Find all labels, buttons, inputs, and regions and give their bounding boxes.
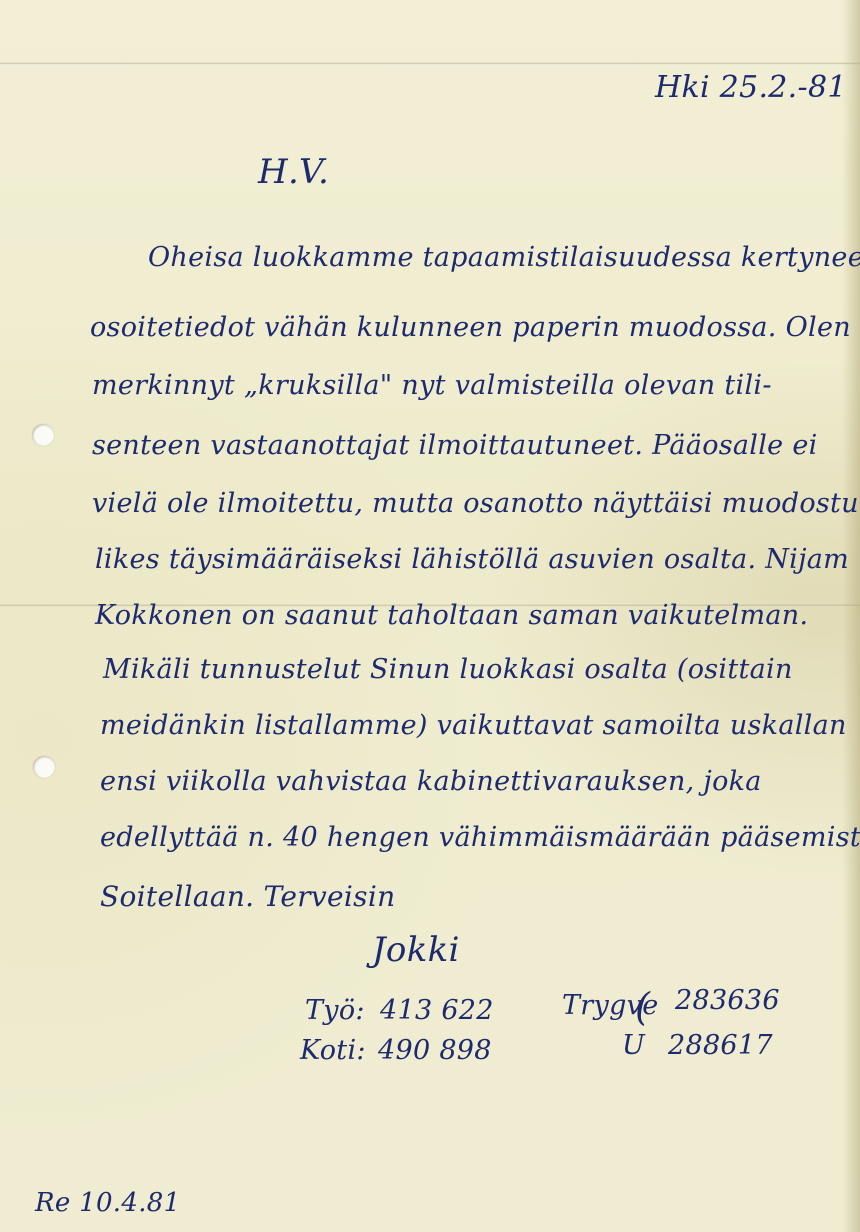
- punch-hole-upper: [32, 424, 54, 446]
- closing: Soitellaan. Terveisin: [100, 880, 395, 913]
- place-date: Hki 25.2.-81: [655, 70, 847, 105]
- body-line: likes täysimääräiseksi lähistöllä asuvie…: [95, 544, 849, 575]
- other-phone-number-1: 283636: [675, 985, 780, 1016]
- body-line: vielä ole ilmoitettu, mutta osanotto näy…: [92, 488, 860, 519]
- body-line: ensi viikolla vahvistaa kabinettivarauks…: [100, 766, 762, 797]
- home-phone-label: Koti:: [300, 1035, 366, 1066]
- other-phone-prefix-2: U: [622, 1030, 645, 1061]
- body-line: edellyttää n. 40 hengen vähimmäismäärään…: [100, 822, 860, 853]
- body-line: Oheisa luokkamme tapaamistilaisuudessa k…: [148, 242, 860, 273]
- body-line: osoitetiedot vähän kulunneen paperin muo…: [90, 312, 851, 343]
- paper-edge-shadow: [842, 0, 860, 1232]
- other-phone-number-2: 288617: [668, 1030, 773, 1061]
- footer-note: Re 10.4.81: [35, 1188, 180, 1218]
- salutation: H.V.: [258, 152, 329, 192]
- work-phone-number: 413 622: [380, 995, 494, 1026]
- body-line: meidänkin listallamme) vaikuttavat samoi…: [100, 710, 847, 741]
- punch-hole-lower: [33, 756, 55, 778]
- bracket: (: [635, 985, 650, 1029]
- letter-page: Hki 25.2.-81 H.V. Oheisa luokkamme tapaa…: [0, 0, 860, 1232]
- body-line: merkinnyt „kruksilla" nyt valmisteilla o…: [92, 370, 772, 401]
- home-phone-number: 490 898: [378, 1035, 492, 1066]
- signature: Jokki: [372, 930, 460, 970]
- body-line: senteen vastaanottajat ilmoittautuneet. …: [92, 430, 818, 461]
- body-line: Kokkonen on saanut taholtaan saman vaiku…: [95, 600, 808, 631]
- paper-fold-top: [0, 62, 860, 65]
- body-line: Mikäli tunnustelut Sinun luokkasi osalta…: [103, 654, 793, 685]
- work-phone-label: Työ:: [305, 995, 365, 1026]
